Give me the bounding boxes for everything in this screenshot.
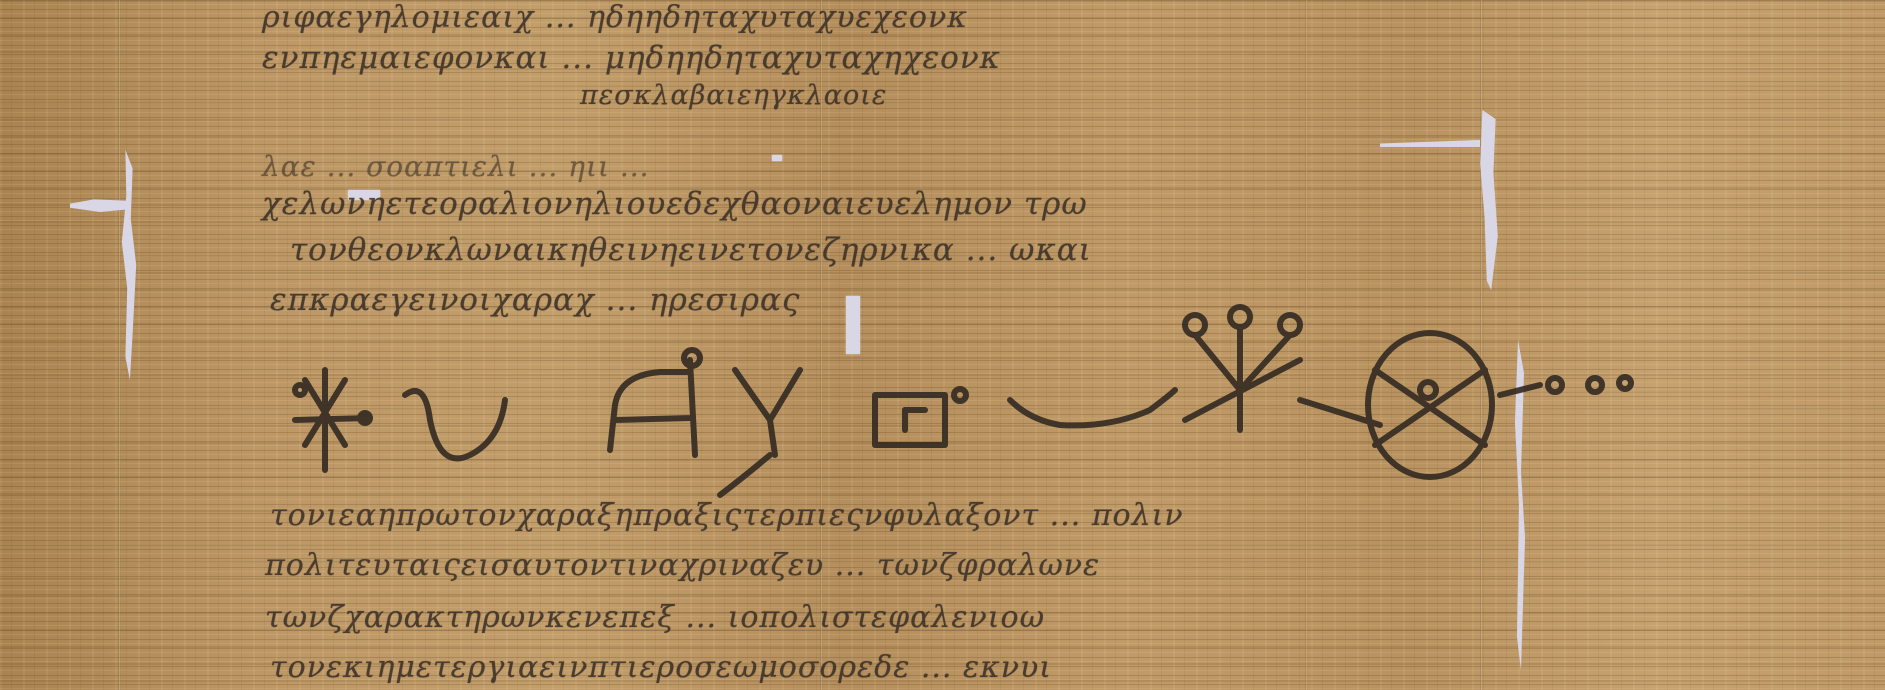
circle-with-x-icon [1368, 333, 1492, 477]
wave-line-icon [1010, 390, 1175, 425]
text-line: τονιεαηπρωτονχαραξηπραξιςτερπιεςνφυλαξον… [270, 498, 1184, 533]
text-line: πολιτευταιςεισαυτοντιναχριναζευ ... τωνζ… [265, 548, 1100, 583]
square-box-icon [875, 389, 966, 445]
magical-signs-row [0, 0, 1885, 690]
small-loops-icon [1500, 377, 1631, 395]
papyrus-fragment: ριφαεγηλομιεαιχ ... ηδηηδηταχυταχυεχεονκ… [0, 0, 1885, 690]
asterisk-star-icon [295, 370, 370, 470]
text-line: τωνζχαρακτηρωνκενεπεξ ... ιοπολιστεφαλεν… [265, 600, 1045, 635]
looped-arch-icon [610, 360, 695, 455]
ringed-cross-figure-icon [1185, 307, 1300, 430]
u-curve-icon [405, 391, 505, 459]
y-fork-icon [720, 370, 800, 495]
text-line: τονεκιημετεργιαεινπτιεροσεωμοσορεδε ... … [270, 650, 1052, 685]
